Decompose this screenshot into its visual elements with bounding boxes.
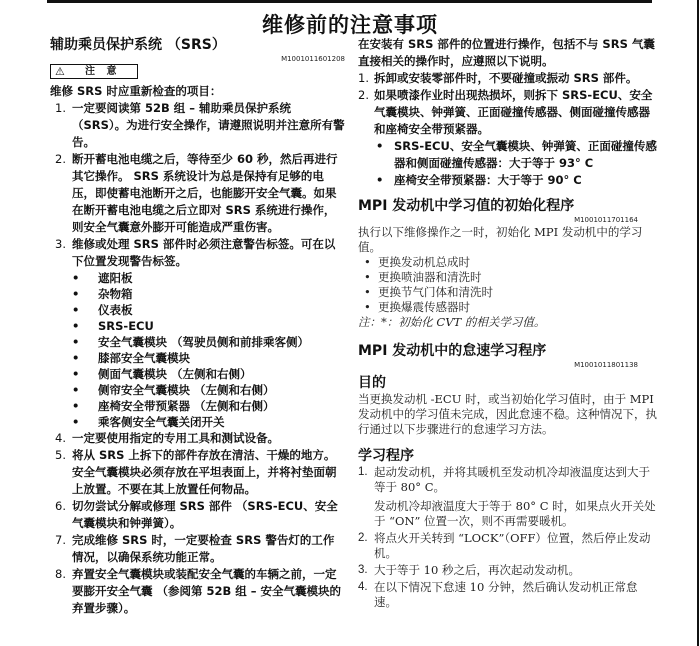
list-item: 杂物箱: [50, 286, 345, 302]
list-item: 3.大于等于 10 秒之后，再次起动发动机。: [358, 563, 658, 578]
list-item: SRS-ECU: [50, 318, 345, 334]
list-item: 7.完成维修 SRS 时，一定要检查 SRS 警告灯的工作情况，以确保系统功能正…: [50, 532, 345, 566]
srs-items-cont: 4.一定要使用指定的专用工具和测试设备。 5.将从 SRS 上拆下的部件存放在清…: [50, 430, 345, 617]
page-title: 维修前的注意事项: [0, 9, 700, 39]
srs-items: 1.一定要阅读第 52B 组 – 辅助乘员保护系统（SRS）。为进行安全操作，请…: [50, 100, 345, 270]
list-item: 侧帘安全气囊模块 （左侧和右侧）: [50, 382, 345, 398]
purpose-heading: 目的: [358, 374, 658, 392]
right-column: 在安装有 SRS 部件的位置进行操作，包括不与 SRS 气囊直接相关的操作时，应…: [358, 36, 658, 612]
caution-label: 注 意: [85, 65, 120, 78]
mpi-init-code: M1001011701164: [358, 215, 638, 225]
mpi-idle-title: MPI 发动机中的怠速学习程序: [358, 342, 658, 360]
srs-section-title: 辅助乘员保护系统 （SRS）: [50, 36, 345, 54]
warning-triangle-icon: ⚠: [55, 65, 65, 78]
mpi-idle-code: M1001011801138: [358, 360, 638, 370]
list-item: 2.将点火开关转到 “LOCK”（OFF）位置，然后停止发动机。: [358, 531, 658, 561]
list-item: 膝部安全气囊模块: [50, 350, 345, 366]
purpose-text: 当更换发动机 -ECU 时，或当初始化学习值时，由于 MPI 发动机中的学习值未…: [358, 392, 658, 437]
list-item: 2.断开蓄电池电缆之后，等待至少 60 秒，然后再进行其它操作。 SRS 系统设…: [50, 151, 345, 236]
list-item: 6.切勿尝试分解或修理 SRS 部件 （SRS-ECU、安全气囊模块和钟弹簧）。: [50, 498, 345, 532]
step1-note: 发动机冷却液温度大于等于 80° C 时，如果点火开关处于 “ON” 位置一次，…: [374, 499, 658, 529]
top-rule: [47, 0, 652, 3]
srs-work-items: 1.拆卸或安装零部件时，不要碰撞或振动 SRS 部件。 2.如果喷漆作业时出现热…: [358, 70, 658, 138]
mpi-init-bullets: 更换发动机总成时 更换喷油器和清洗时 更换节气门体和清洗时 更换爆震传感器时: [358, 255, 658, 315]
list-item: 安全气囊模块 （驾驶员侧和前排乘客侧）: [50, 334, 345, 350]
mpi-init-title: MPI 发动机中学习值的初始化程序: [358, 197, 658, 215]
list-item: 座椅安全带预紧器：大于等于 90° C: [358, 172, 658, 189]
list-item: 遮阳板: [50, 270, 345, 286]
procedure-heading: 学习程序: [358, 447, 658, 465]
srs-work-intro: 在安装有 SRS 部件的位置进行操作，包括不与 SRS 气囊直接相关的操作时，应…: [358, 36, 658, 70]
left-column: 辅助乘员保护系统 （SRS） M1001011601208 ⚠ 注 意 维修 S…: [50, 36, 345, 617]
list-item: 1.一定要阅读第 52B 组 – 辅助乘员保护系统（SRS）。为进行安全操作，请…: [50, 100, 345, 151]
procedure-steps: 1.起动发动机，并将其暖机至发动机冷却液温度达到大于等于 80° C。 发动机冷…: [358, 465, 658, 610]
list-item: 4.在以下情况下怠速 10 分钟，然后确认发动机正常怠速。: [358, 580, 658, 610]
srs-section-code: M1001011601208: [50, 54, 345, 64]
list-item: 8.弃置安全气囊模块或装配安全气囊的车辆之前，一定要膨开安全气囊 （参阅第 52…: [50, 566, 345, 617]
list-item: 更换爆震传感器时: [358, 300, 658, 315]
mpi-init-note: 注：*：初始化 CVT 的相关学习值。: [358, 315, 658, 330]
list-item: 乘客侧安全气囊关闭开关: [50, 414, 345, 430]
list-item: 更换发动机总成时: [358, 255, 658, 270]
list-item: 1.起动发动机，并将其暖机至发动机冷却液温度达到大于等于 80° C。 发动机冷…: [358, 465, 658, 529]
list-item: 更换喷油器和清洗时: [358, 270, 658, 285]
list-item: 2.如果喷漆作业时出现热损坏，则拆下 SRS-ECU、安全气囊模块、钟弹簧、正面…: [358, 87, 658, 138]
right-rule: [697, 0, 699, 646]
list-item: 侧面气囊模块 （左侧和右侧）: [50, 366, 345, 382]
list-item: 1.拆卸或安装零部件时，不要碰撞或振动 SRS 部件。: [358, 70, 658, 87]
mpi-init-intro: 执行以下维修操作之一时，初始化 MPI 发动机中的学习值。: [358, 225, 658, 255]
list-item: 3.维修或处理 SRS 部件时必须注意警告标签。可在以下位置发现警告标签。: [50, 236, 345, 270]
caution-box: ⚠ 注 意: [50, 64, 138, 79]
list-item: SRS-ECU、安全气囊模块、钟弹簧、正面碰撞传感器和侧面碰撞传感器：大于等于 …: [358, 138, 658, 172]
list-item: 更换节气门体和清洗时: [358, 285, 658, 300]
list-item: 5.将从 SRS 上拆下的部件存放在清洁、干燥的地方。安全气囊模块必须存放在平坦…: [50, 447, 345, 498]
list-item: 仪表板: [50, 302, 345, 318]
list-item: 座椅安全带预紧器 （左侧和右侧）: [50, 398, 345, 414]
srs-intro: 维修 SRS 时应重新检查的项目：: [50, 83, 345, 100]
list-item: 4.一定要使用指定的专用工具和测试设备。: [50, 430, 345, 447]
temperature-limits: SRS-ECU、安全气囊模块、钟弹簧、正面碰撞传感器和侧面碰撞传感器：大于等于 …: [358, 138, 658, 189]
label-locations: 遮阳板 杂物箱 仪表板 SRS-ECU 安全气囊模块 （驾驶员侧和前排乘客侧） …: [50, 270, 345, 430]
